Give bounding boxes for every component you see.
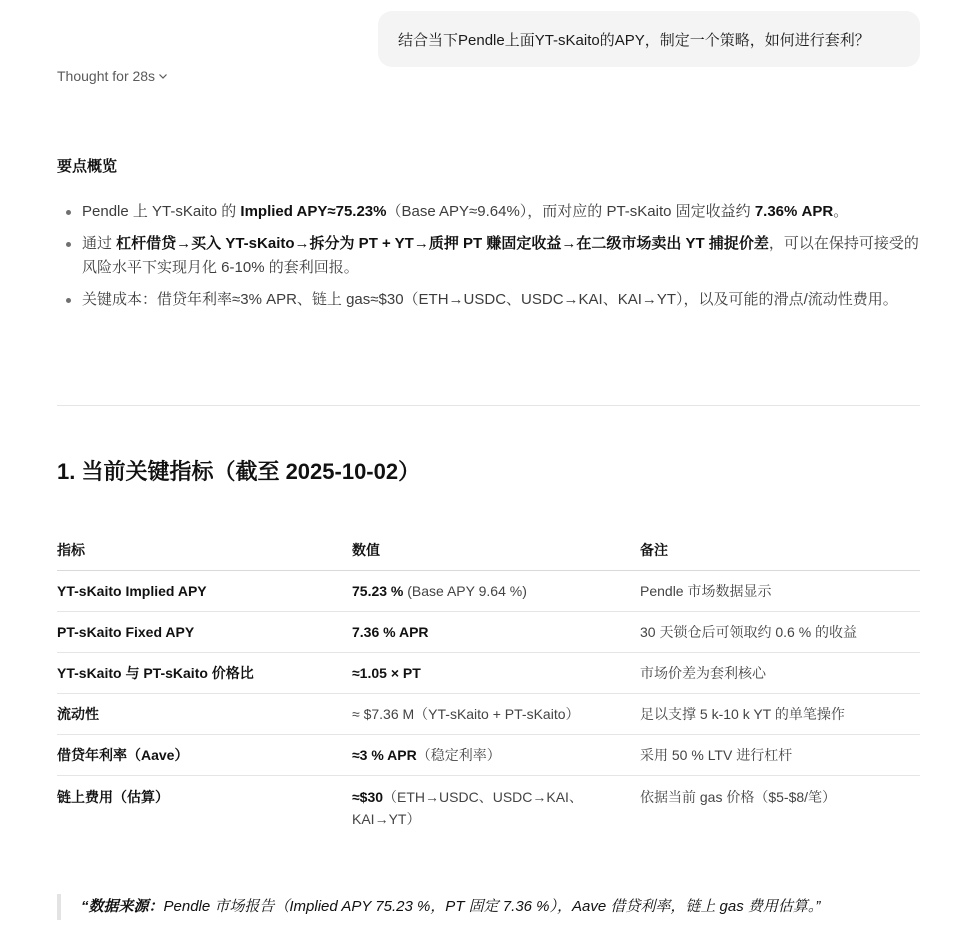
value-cell: 75.23 % (Base APY 9.64 %) <box>352 570 640 611</box>
assistant-response: 要点概览 Pendle 上 YT-sKaito 的 Implied APY≈75… <box>57 150 920 320</box>
header-note: 备注 <box>640 530 920 570</box>
section-divider <box>57 405 920 406</box>
quote-label: “数据来源： <box>81 898 164 915</box>
metric-cell: 流动性 <box>57 693 352 734</box>
header-metric: 指标 <box>57 530 352 570</box>
value-cell: ≈ $7.36 M（YT-sKaito + PT-sKaito） <box>352 693 640 734</box>
value-bold: 75.23 % <box>352 583 403 599</box>
table-row: YT-sKaito Implied APY75.23 % (Base APY 9… <box>57 570 920 611</box>
value-cell: ≈1.05 × PT <box>352 652 640 693</box>
note-cell: Pendle 市场数据显示 <box>640 570 920 611</box>
summary-list: Pendle 上 YT-sKaito 的 Implied APY≈75.23%（… <box>57 200 920 312</box>
table-header-row: 指标 数值 备注 <box>57 530 920 570</box>
point-text: 通过 <box>82 235 116 252</box>
value-bold: ≈1.05 × PT <box>352 665 421 681</box>
table-row: 链上费用（估算）≈$30（ETH→USDC、USDC→KAI、KAI→YT）依据… <box>57 775 920 835</box>
point-text: 。 <box>833 203 848 220</box>
note-cell: 市场价差为套利核心 <box>640 652 920 693</box>
value-cell: ≈$30（ETH→USDC、USDC→KAI、KAI→YT） <box>352 775 640 835</box>
section-heading: 1. 当前关键指标（截至 2025-10-02） <box>57 455 420 486</box>
thought-label: Thought for 28s <box>57 68 155 84</box>
value-cell: 7.36 % APR <box>352 611 640 652</box>
note-cell: 足以支撑 5 k-10 k YT 的单笔操作 <box>640 693 920 734</box>
emphasis-text: Implied APY≈75.23% <box>240 203 386 220</box>
emphasis-text: 杠杆借贷→买入 YT-sKaito→拆分为 PT + YT→质押 PT 赚固定收… <box>116 235 769 252</box>
thought-toggle[interactable]: Thought for 28s <box>57 68 168 84</box>
value-detail: (Base APY 9.64 %) <box>403 583 526 599</box>
point-text: （Base APY≈9.64%），而对应的 PT-sKaito 固定收益约 <box>386 203 754 220</box>
emphasis-text: 7.36% APR <box>755 203 833 220</box>
table-row: 借贷年利率（Aave）≈3 % APR（稳定利率）采用 50 % LTV 进行杠… <box>57 734 920 775</box>
user-message-text: 结合当下Pendle上面YT-sKaito的APY，制定一个策略，如何进行套利？ <box>398 29 870 50</box>
metric-cell: YT-sKaito 与 PT-sKaito 价格比 <box>57 652 352 693</box>
note-cell: 30 天锁仓后可领取约 0.6 % 的收益 <box>640 611 920 652</box>
chevron-down-icon <box>158 71 168 81</box>
table-row: 流动性≈ $7.36 M（YT-sKaito + PT-sKaito）足以支撑 … <box>57 693 920 734</box>
summary-point: Pendle 上 YT-sKaito 的 Implied APY≈75.23%（… <box>57 200 920 224</box>
table-row: PT-sKaito Fixed APY7.36 % APR30 天锁仓后可领取约… <box>57 611 920 652</box>
source-blockquote: “数据来源：Pendle 市场报告（Implied APY 75.23 %，PT… <box>57 894 920 920</box>
summary-point: 通过 杠杆借贷→买入 YT-sKaito→拆分为 PT + YT→质押 PT 赚… <box>57 232 920 280</box>
value-detail: ≈ $7.36 M（YT-sKaito + PT-sKaito） <box>352 706 580 722</box>
value-bold: ≈3 % APR <box>352 747 417 763</box>
summary-heading: 要点概览 <box>57 155 920 176</box>
metric-cell: 借贷年利率（Aave） <box>57 734 352 775</box>
value-detail: （稳定利率） <box>417 747 501 763</box>
metrics-table: 指标 数值 备注 YT-sKaito Implied APY75.23 % (B… <box>57 530 920 835</box>
point-text: Pendle 上 YT-sKaito 的 <box>82 203 240 220</box>
metric-cell: YT-sKaito Implied APY <box>57 570 352 611</box>
value-bold: 7.36 % APR <box>352 624 429 640</box>
quote-text: Pendle 市场报告（Implied APY 75.23 %，PT 固定 7.… <box>164 898 821 915</box>
value-detail: （ETH→USDC、USDC→KAI、KAI→YT） <box>352 789 583 827</box>
metric-cell: PT-sKaito Fixed APY <box>57 611 352 652</box>
user-message-bubble: 结合当下Pendle上面YT-sKaito的APY，制定一个策略，如何进行套利？ <box>378 11 920 67</box>
note-cell: 依据当前 gas 价格（$5-$8/笔） <box>640 775 920 835</box>
point-text: 关键成本：借贷年利率≈3% APR、链上 gas≈$30（ETH→USDC、US… <box>82 291 898 308</box>
note-cell: 采用 50 % LTV 进行杠杆 <box>640 734 920 775</box>
value-bold: ≈$30 <box>352 789 383 805</box>
header-value: 数值 <box>352 530 640 570</box>
value-cell: ≈3 % APR（稳定利率） <box>352 734 640 775</box>
table-row: YT-sKaito 与 PT-sKaito 价格比≈1.05 × PT市场价差为… <box>57 652 920 693</box>
metric-cell: 链上费用（估算） <box>57 775 352 835</box>
summary-point: 关键成本：借贷年利率≈3% APR、链上 gas≈$30（ETH→USDC、US… <box>57 288 920 312</box>
